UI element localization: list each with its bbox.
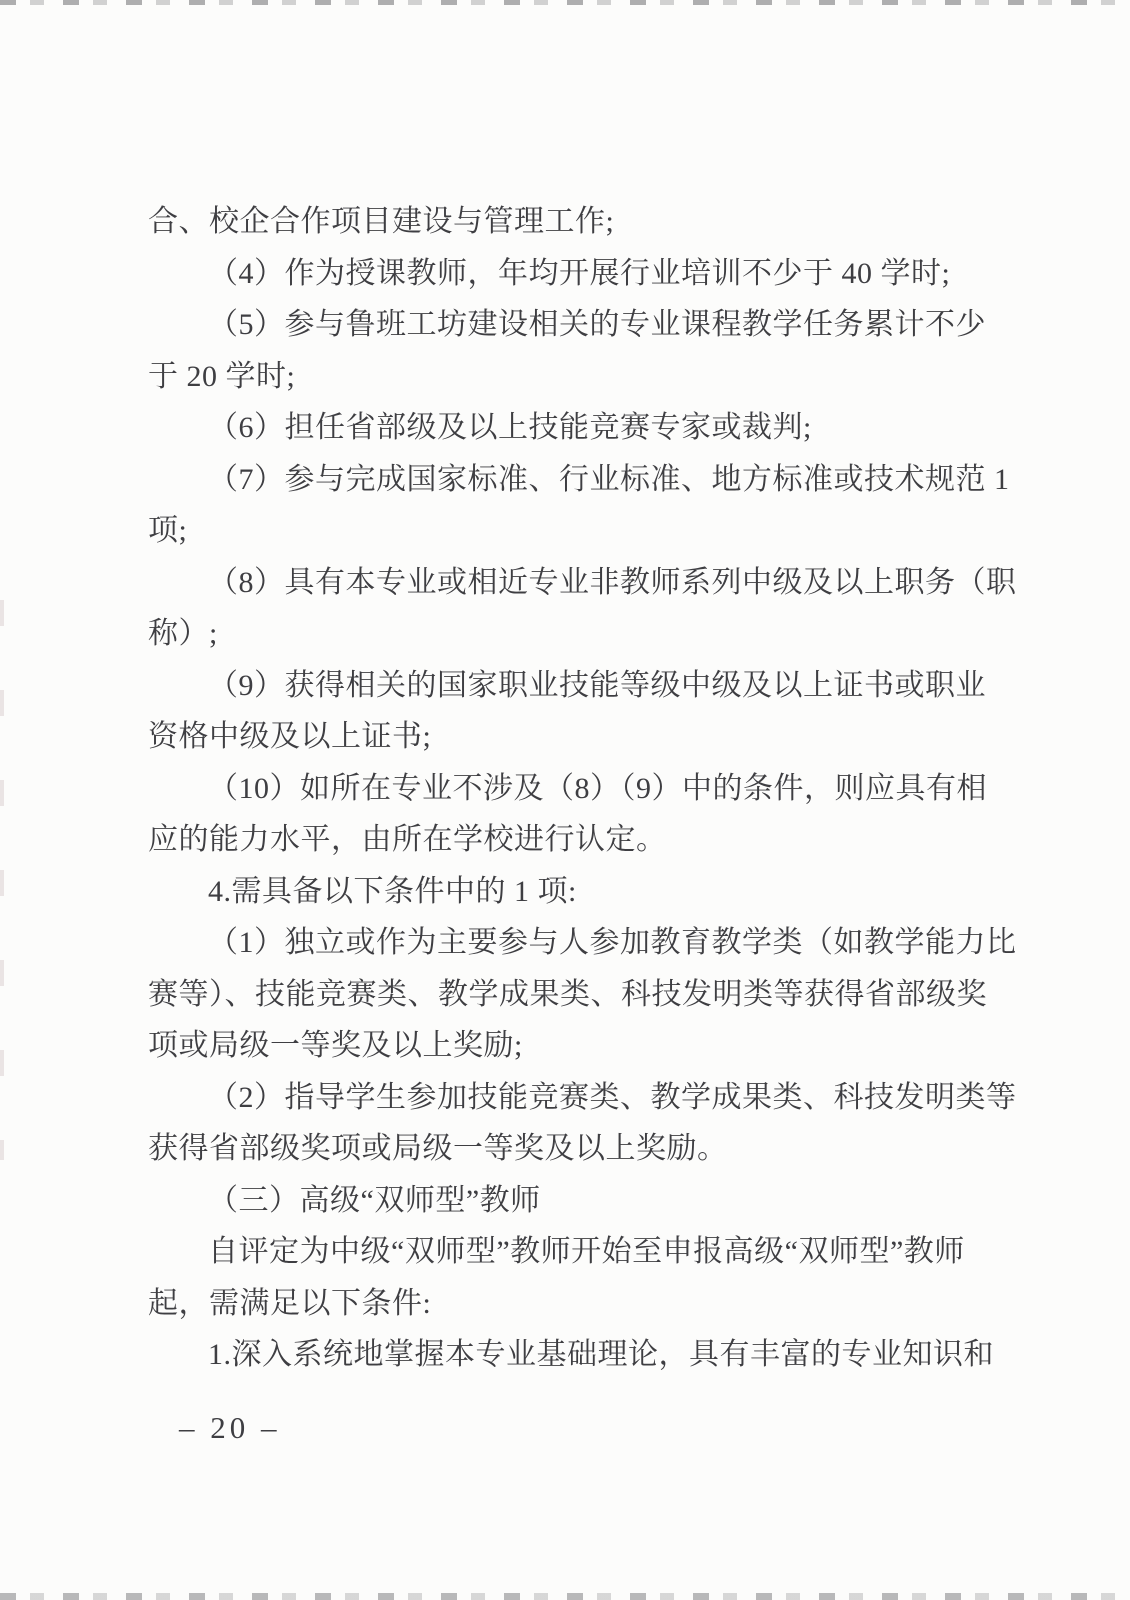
- text-line: （1）独立或作为主要参与人参加教育教学类（如教学能力比: [148, 917, 1012, 969]
- text-line: 资格中级及以上证书;: [148, 711, 1012, 763]
- text-line: 项;: [148, 505, 1012, 557]
- text-line: （2）指导学生参加技能竞赛类、教学成果类、科技发明类等: [148, 1072, 1012, 1124]
- text-line: （9）获得相关的国家职业技能等级中级及以上证书或职业: [148, 660, 1012, 712]
- text-line: （三）高级“双师型”教师: [148, 1175, 1012, 1227]
- text-line: （4）作为授课教师，年均开展行业培训不少于 40 学时;: [148, 248, 1012, 300]
- text-line: （6）担任省部级及以上技能竞赛专家或裁判;: [148, 402, 1012, 454]
- text-line: 4.需具备以下条件中的 1 项:: [148, 866, 1012, 918]
- text-line: 称）;: [148, 608, 1012, 660]
- text-line: （7）参与完成国家标准、行业标准、地方标准或技术规范 1: [148, 454, 1012, 506]
- text-line: （10）如所在专业不涉及（8）（9）中的条件，则应具有相: [148, 763, 1012, 815]
- text-line: 项或局级一等奖及以上奖励;: [148, 1020, 1012, 1072]
- text-line: 于 20 学时;: [148, 351, 1012, 403]
- scan-artifact-left-edge: [0, 600, 4, 1160]
- text-line: 获得省部级奖项或局级一等奖及以上奖励。: [148, 1123, 1012, 1175]
- text-line: （8）具有本专业或相近专业非教师系列中级及以上职务（职: [148, 557, 1012, 609]
- page-number: – 20 –: [179, 1408, 281, 1448]
- text-line: （5）参与鲁班工坊建设相关的专业课程教学任务累计不少: [148, 299, 1012, 351]
- text-line: 自评定为中级“双师型”教师开始至申报高级“双师型”教师: [148, 1226, 1012, 1278]
- document-text: 合、校企合作项目建设与管理工作;（4）作为授课教师，年均开展行业培训不少于 40…: [148, 196, 1012, 1381]
- text-line: 起，需满足以下条件:: [148, 1278, 1012, 1330]
- text-line: 应的能力水平，由所在学校进行认定。: [148, 814, 1012, 866]
- text-line: 赛等）、技能竞赛类、教学成果类、科技发明类等获得省部级奖: [148, 969, 1012, 1021]
- scan-artifact-bottom-edge: [0, 1593, 1130, 1600]
- scan-artifact-top-edge: [0, 0, 1130, 5]
- document-page: 合、校企合作项目建设与管理工作;（4）作为授课教师，年均开展行业培训不少于 40…: [0, 0, 1130, 1600]
- text-line: 1.深入系统地掌握本专业基础理论，具有丰富的专业知识和: [148, 1329, 1012, 1381]
- text-line: 合、校企合作项目建设与管理工作;: [148, 196, 1012, 248]
